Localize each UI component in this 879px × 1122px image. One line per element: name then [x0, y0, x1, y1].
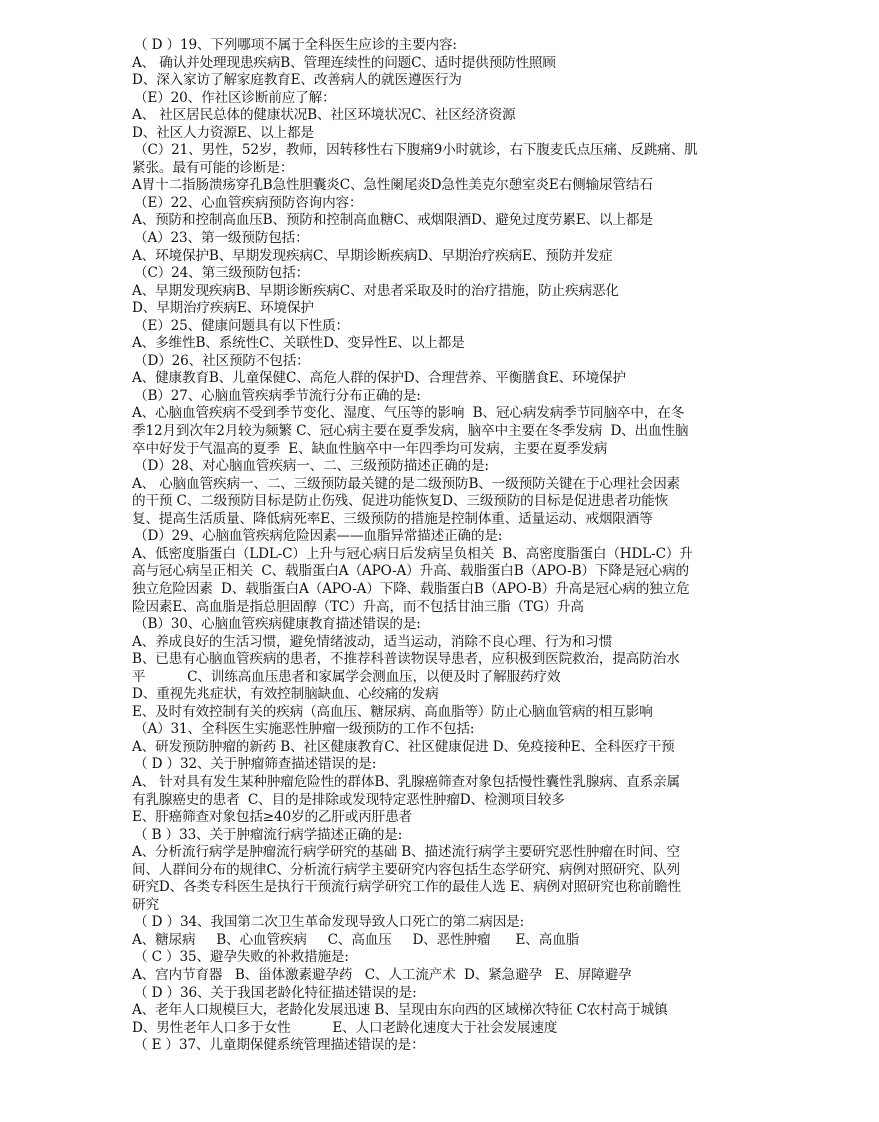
question-29: （D）29、心脑血管疾病危险因素——血脂异常描述正确的是: [132, 528, 750, 546]
question-27-options-line-3: 卒中好发于气温高的夏季 E、缺血性脑卒中一年四季均可发病，主要在夏季发病 [132, 441, 750, 459]
question-32-options-line-3: E、肝癌筛查对象包括≥40岁的乙肝或丙肝患者 [132, 809, 750, 827]
question-29-options-line-1: A、低密度脂蛋白（LDL-C）上升与冠心病日后发病呈负相关 B、高密度脂蛋白（H… [132, 546, 750, 564]
question-25-options: A、多维性B、系统性C、关联性D、变异性E、以上都是 [132, 335, 750, 353]
question-32-options-line-1: A、 针对具有发生某种肿瘤危险性的群体B、乳腺癌筛查对象包括慢性囊性乳腺病、直系… [132, 774, 750, 792]
question-29-options-line-2: 高与冠心病呈正相关 C、载脂蛋白A（APO-A）升高、载脂蛋白B（APO-B）下… [132, 563, 750, 581]
question-36-options-line-2: D、男性老年人口多于女性 E、人口老龄化速度大于社会发展速度 [132, 1020, 750, 1038]
question-37: （ E ）37、儿童期保健系统管理描述错误的是： [132, 1037, 750, 1055]
question-36-options-line-1: A、老年人口规模巨大，老龄化发展迅速 B、呈现由东向西的区域梯次特征 C农村高于… [132, 1002, 750, 1020]
question-33-options-line-2: 间、人群间分布的规律C、分析流行病学主要研究内容包括生态学研究、病例对照研究、队… [132, 862, 750, 880]
question-30-option-a: A、养成良好的生活习惯，避免情绪波动，适当运动，消除不良心理、行为和习惯 [132, 634, 750, 652]
question-31: （A）31、全科医生实施恶性肿瘤一级预防的工作不包括: [132, 721, 750, 739]
question-26: （D）26、社区预防不包括： [132, 353, 750, 371]
question-23-options: A、环境保护B、早期发现疾病C、早期诊断疾病D、早期治疗疾病E、预防并发症 [132, 248, 750, 266]
question-27: （B）27、心脑血管疾病季节流行分布正确的是: [132, 388, 750, 406]
question-28-options-line-2: 的干预 C、二级预防目标是防止伤残、促进功能恢复D、三级预防的目标是促进患者功能… [132, 493, 750, 511]
question-25: （E）25、健康问题具有以下性质： [132, 318, 750, 336]
question-24-options-line-1: A、早期发现疾病B、早期诊断疾病C、对患者采取及时的治疗措施，防止疾病恶化 [132, 283, 750, 301]
question-27-options-line-1: A、心脑血管疾病不受到季节变化、湿度、气压等的影响 B、冠心病发病季节同脑卒中，… [132, 405, 750, 423]
question-20: （E）20、作社区诊断前应了解： [132, 90, 750, 108]
question-24: （C）24、第三级预防包括： [132, 265, 750, 283]
question-30-option-e: E、及时有效控制有关的疾病（高血压、糖尿病、高血脂等）防止心脑血管病的相互影响 [132, 704, 750, 722]
question-33: （ B ）33、关于肿瘤流行病学描述正确的是: [132, 827, 750, 845]
question-29-options-line-3: 独立危险因素 D、载脂蛋白A（APO-A）下降、载脂蛋白B（APO-B）升高是冠… [132, 581, 750, 599]
question-33-options-line-4: 研究 [132, 897, 750, 915]
question-26-options: A、健康教育B、儿童保健C、高危人群的保护D、合理营养、平衡膳食E、环境保护 [132, 370, 750, 388]
question-30: （B）30、心脑血管疾病健康教育描述错误的是: [132, 616, 750, 634]
question-20-options-line-2: D、社区人力资源E、以上都是 [132, 125, 750, 143]
question-30-option-d: D、重视先兆症状，有效控制脑缺血、心绞痛的发病 [132, 686, 750, 704]
question-30-option-c: 平 C、训练高血压患者和家属学会测血压，以便及时了解服药疗效 [132, 669, 750, 687]
question-30-option-b: B、已患有心脑血管疾病的患者，不推荐科普读物误导患者，应积极到医院救治，提高防治… [132, 651, 750, 669]
question-28: （D）28、对心脑血管疾病一、二、三级预防描述正确的是: [132, 458, 750, 476]
question-23: （A）23、第一级预防包括： [132, 230, 750, 248]
question-33-options-line-3: 研究D、各类专科医生是执行干预流行病学研究工作的最佳人选 E、病例对照研究也称前… [132, 879, 750, 897]
question-21-continued: 紧张。最有可能的诊断是： [132, 160, 750, 178]
question-19-options-line-2: D、深入家访了解家庭教育E、改善病人的就医遵医行为 [132, 72, 750, 90]
question-33-options-line-1: A、分析流行病学是肿瘤流行病学研究的基础 B、描述流行病学主要研究恶性肿瘤在时间… [132, 844, 750, 862]
question-22: （E）22、心血管疾病预防咨询内容： [132, 195, 750, 213]
question-22-options: A、预防和控制高血压B、预防和控制高血糖C、戒烟限酒D、避免过度劳累E、以上都是 [132, 212, 750, 230]
question-35: （ C ）35、避孕失败的补救措施是: [132, 949, 750, 967]
question-35-options: A、宫内节育器 B、甾体激素避孕药 C、人工流产术 D、紧急避孕 E、屏障避孕 [132, 967, 750, 985]
question-31-options: A、研发预防肿瘤的新药 B、社区健康教育C、社区健康促进 D、免疫接种E、全科医… [132, 739, 750, 757]
question-28-options-line-1: A、 心脑血管疾病一、二、三级预防最关键的是二级预防B、一级预防关键在于心理社会… [132, 476, 750, 494]
question-34-options: A、糖尿病 B、心血管疾病 C、高血压 D、恶性肿瘤 E、高血脂 [132, 932, 750, 950]
question-21: （C）21、男性，52岁，教师，因转移性右下腹痛9小时就诊，右下腹麦氏点压痛、反… [132, 142, 750, 160]
question-19: （ D ）19、下列哪项不属于全科医生应诊的主要内容: [132, 37, 750, 55]
question-27-options-line-2: 季12月到次年2月较为频繁 C、冠心病主要在夏季发病，脑卒中主要在冬季发病 D、… [132, 423, 750, 441]
question-21-options: A胃十二指肠溃疡穿孔B急性胆囊炎C、急性阑尾炎D急性美克尔憩室炎E右侧输尿管结石 [132, 177, 750, 195]
question-32-options-line-2: 有乳腺癌史的患者 C、目的是排除或发现特定恶性肿瘤D、检测项目较多 [132, 792, 750, 810]
document-page: （ D ）19、下列哪项不属于全科医生应诊的主要内容: A、 确认并处理现患疾病… [132, 37, 750, 1055]
question-32: （ D ）32、关于肿瘤筛查描述错误的是: [132, 756, 750, 774]
question-20-options-line-1: A、 社区居民总体的健康状况B、社区环境状况C、社区经济资源 [132, 107, 750, 125]
question-29-options-line-4: 险因素E、高血脂是指总胆固醇（TC）升高，而不包括甘油三脂（TG）升高 [132, 599, 750, 617]
question-19-options-line-1: A、 确认并处理现患疾病B、管理连续性的问题C、适时提供预防性照顾 [132, 55, 750, 73]
question-28-options-line-3: 复、提高生活质量、降低病死率E、三级预防的措施是控制体重、适量运动、戒烟限酒等 [132, 511, 750, 529]
question-36: （ D ）36、关于我国老龄化特征描述错误的是: [132, 985, 750, 1003]
question-24-options-line-2: D、早期治疗疾病E、环境保护 [132, 300, 750, 318]
question-34: （ D ）34、我国第二次卫生革命发现导致人口死亡的第二病因是: [132, 914, 750, 932]
